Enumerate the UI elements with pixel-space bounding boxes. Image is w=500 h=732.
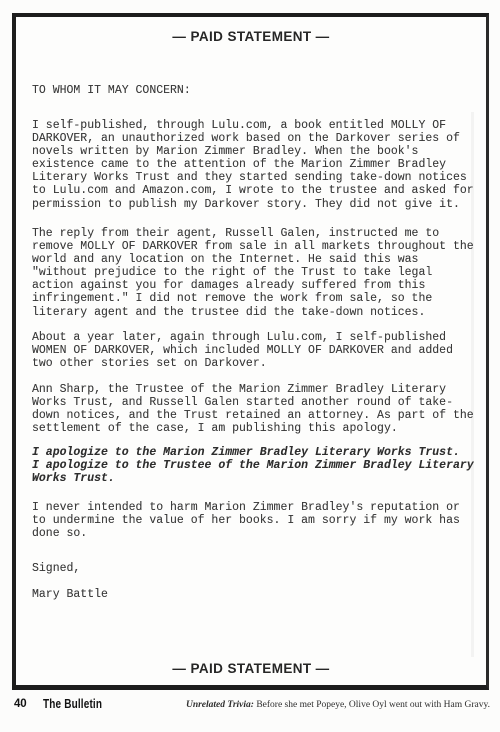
trivia-text: Before she met Popeye, Olive Oyl went ou… xyxy=(254,700,490,710)
scanned-magazine-page: — PAID STATEMENT — TO WHOM IT MAY CONCER… xyxy=(0,0,500,732)
publication-name: The Bulletin xyxy=(43,697,102,711)
trivia-line: Unrelated Trivia: Before she met Popeye,… xyxy=(186,700,490,710)
apology-statement: I apologize to the Marion Zimmer Bradley… xyxy=(32,446,474,485)
trivia-label: Unrelated Trivia: xyxy=(186,700,254,710)
letter-paragraph-2: The reply from their agent, Russell Gale… xyxy=(32,227,474,319)
statement-header: — PAID STATEMENT — xyxy=(16,29,486,44)
letter-paragraph-1: I self-published, through Lulu.com, a bo… xyxy=(32,119,474,211)
letter-paragraph-4: Ann Sharp, the Trustee of the Marion Zim… xyxy=(32,383,474,435)
letter-closing: Signed, xyxy=(32,562,80,575)
paid-statement-frame: — PAID STATEMENT — TO WHOM IT MAY CONCER… xyxy=(12,13,489,690)
magazine-footer: 40 The Bulletin Unrelated Trivia: Before… xyxy=(0,695,500,732)
signature-name: Mary Battle xyxy=(32,588,108,601)
page-number: 40 xyxy=(14,698,26,710)
letter-paragraph-6: I never intended to harm Marion Zimmer B… xyxy=(32,501,460,540)
statement-footer: — PAID STATEMENT — xyxy=(16,661,486,676)
salutation: TO WHOM IT MAY CONCERN: xyxy=(32,84,191,97)
letter-paragraph-3: About a year later, again through Lulu.c… xyxy=(32,331,453,370)
